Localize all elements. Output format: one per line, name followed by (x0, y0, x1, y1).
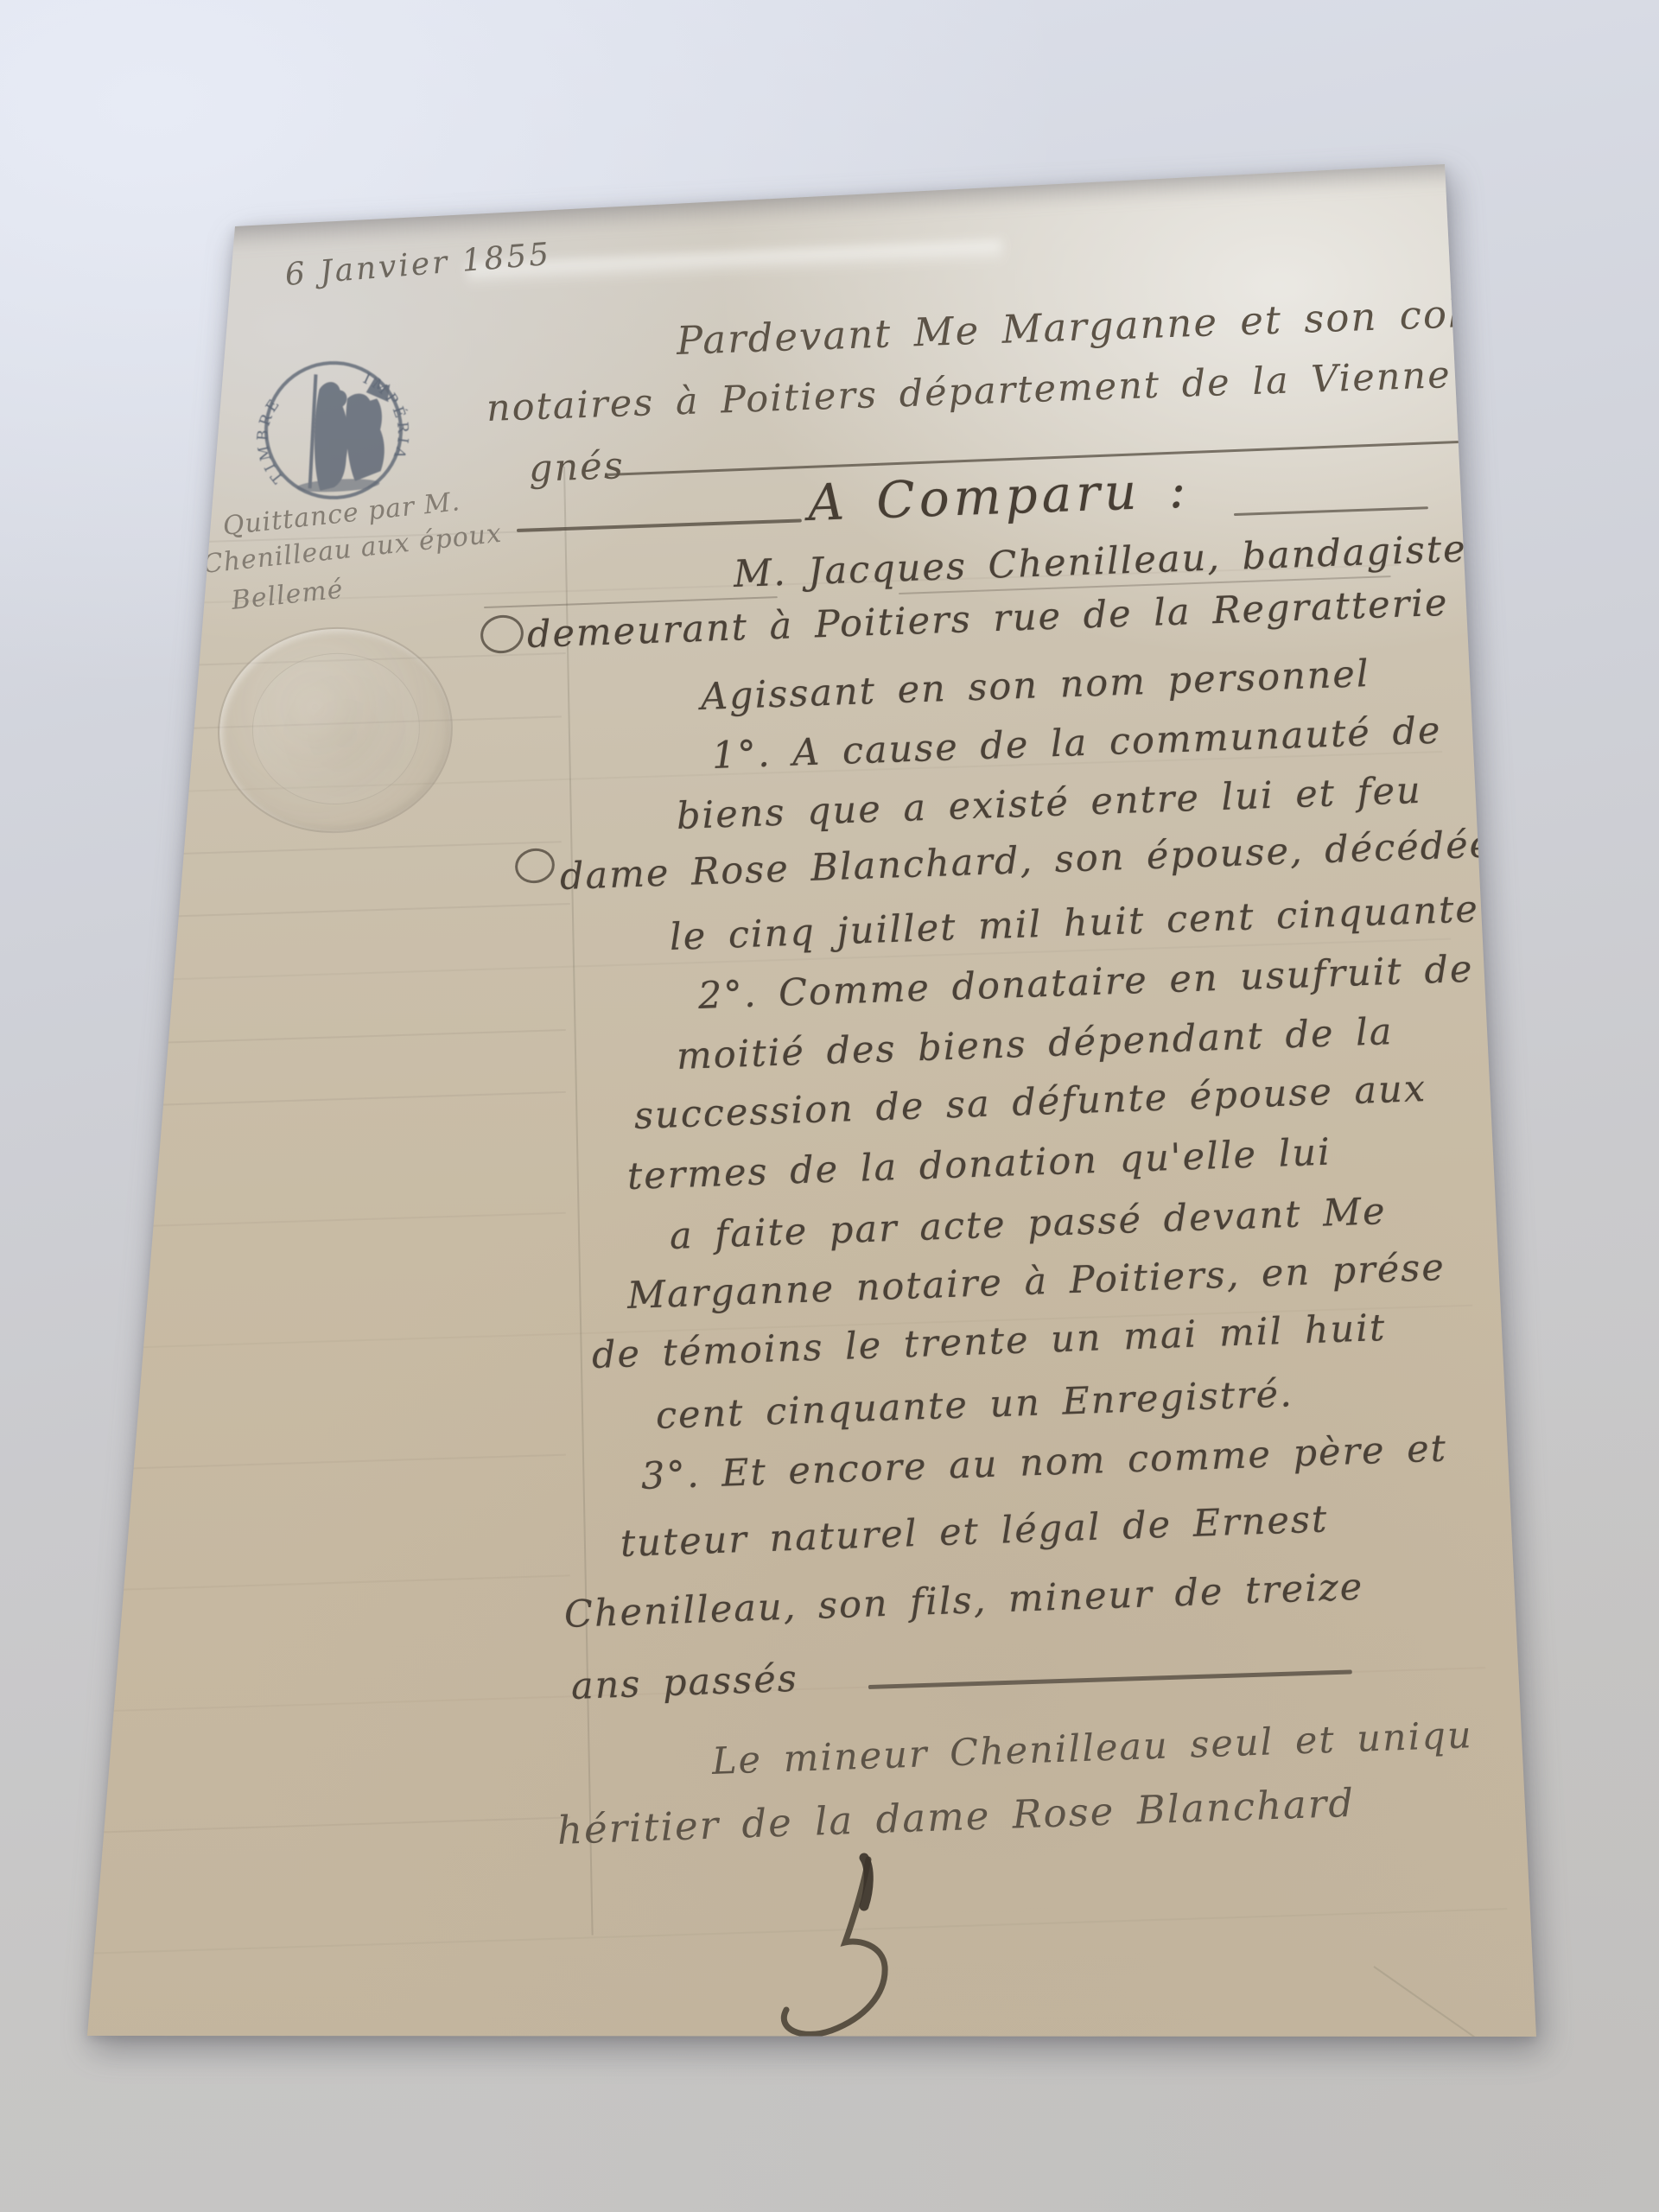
ruled-line (517, 518, 802, 532)
show-through-line (95, 1091, 566, 1108)
margin-fold-line (563, 467, 594, 1935)
ruled-line (868, 1669, 1352, 1689)
body-line: 3°. Et encore au nom comme père et (640, 1427, 1448, 1498)
show-through-line (86, 1816, 570, 1834)
body-line: 2°. Comme donataire en usufruit de la (697, 945, 1533, 1018)
body-line: de témoins le trente un mai mil huit (591, 1306, 1387, 1377)
body-line: succession de sa défunte épouse aux (633, 1067, 1427, 1138)
document-paper: TIMBRE IMPÉRIAL 6 Janvier 1855 Quittance… (0, 0, 1659, 2212)
body-line: ans passés (570, 1657, 798, 1708)
body-line: Marganne notaire à Poitiers, en prése (626, 1246, 1446, 1318)
body-line: termes de la donation qu'elle lui (626, 1131, 1332, 1198)
allegory-figure-left (311, 381, 352, 491)
corner-crease (1373, 1966, 1505, 2059)
body-line: demeurant à Poitiers rue de la Regratter… (526, 582, 1449, 657)
blind-embossed-seal-inner (247, 647, 426, 810)
allegory-figure-right (344, 392, 385, 481)
body-line: gnés (528, 444, 625, 491)
body-line: Chenilleau, son fils, mineur de treize (563, 1566, 1364, 1637)
ruled-line (1234, 506, 1428, 516)
show-through-line (99, 841, 562, 857)
paper-shadow-wrap: TIMBRE IMPÉRIAL 6 Janvier 1855 Quittance… (0, 0, 1659, 2212)
show-through-line (91, 1212, 566, 1229)
body-line: a faite par acte passé devant Me (669, 1190, 1387, 1258)
stamp-arc-text-left: TIMBRE (251, 393, 289, 487)
body-line: biens que a existé entre lui et feu (676, 769, 1422, 838)
comparu-heading: A Comparu : (807, 461, 1191, 532)
margin-note-line: Bellemé (230, 575, 345, 616)
body-line: notaires à Poitiers département de la Vi… (486, 348, 1599, 430)
ink-flourish (477, 611, 527, 657)
ink-flourish (512, 845, 557, 887)
show-through-line (99, 1029, 566, 1046)
body-line: cent cinquante un Enregistré. (655, 1372, 1294, 1438)
paper-top-edge-shadow (219, 148, 1490, 251)
show-through-line (86, 1454, 566, 1471)
body-line: Agissant en son nom personnel (700, 652, 1370, 719)
body-line: Le mineur Chenilleau seul et uniqu (711, 1713, 1473, 1783)
body-line: 1°. A cause de la communauté de (711, 709, 1442, 778)
body-line: héritier de la dame Rose Blanchard (556, 1780, 1356, 1853)
blind-embossed-seal (211, 620, 460, 841)
body-line: tuteur naturel et légal de Ernest (620, 1497, 1329, 1566)
body-line: le cinq juillet mil huit cent cinquante (669, 887, 1479, 959)
body-line: moitié des biens dépendant de la (676, 1010, 1394, 1078)
show-through-line (86, 1574, 570, 1592)
body-line: Pardevant Me Marganne et son collègu (676, 288, 1555, 364)
show-through-line (104, 903, 570, 919)
signature-paraph (734, 1849, 994, 2074)
